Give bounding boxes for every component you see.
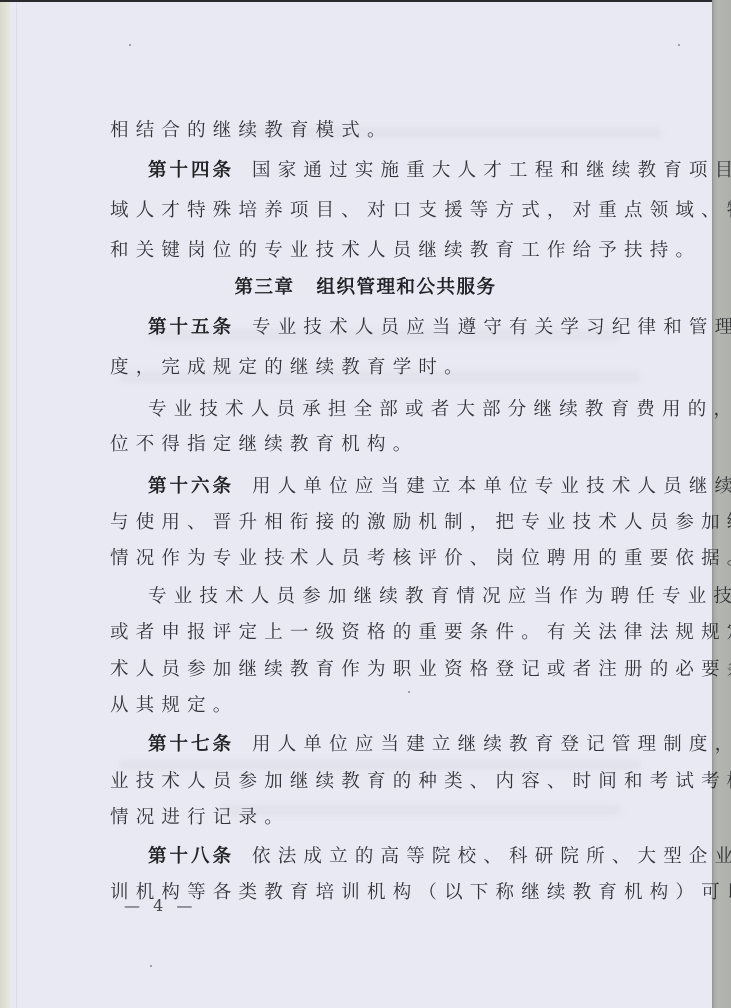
line-text: 训机构等各类教育培训机构（以下称继续教育机构）可以面向专 [110, 882, 731, 903]
line-text: 专业技术人员承担全部或者大部分继续教育费用的，用人单 [148, 399, 731, 420]
line-text: 专业技术人员应当遵守有关学习纪律和管理制 [252, 317, 731, 338]
scan-left-edge [0, 2, 12, 1008]
article-number: 第十五条 [148, 317, 234, 338]
line-text: 业技术人员参加继续教育的种类、内容、时间和考试考核结果等 [110, 771, 731, 792]
line-text: 度，完成规定的继续教育学时。 [110, 357, 470, 378]
line-text: 国家通过实施重大人才工程和继续教育项目、区 [252, 160, 731, 181]
article-14-start: 第十四条国家通过实施重大人才工程和继续教育项目、区 [110, 151, 640, 191]
chapter-title: 组织管理和公共服务 [317, 277, 497, 298]
text-line: 位不得指定继续教育机构。 [110, 425, 640, 465]
chapter-heading: 第三章组织管理和公共服务 [0, 268, 731, 308]
line-text: 术人员参加继续教育作为职业资格登记或者注册的必要条件的， [110, 659, 731, 680]
article-number: 第十七条 [148, 734, 234, 755]
line-text: 域人才特殊培养项目、对口支援等方式，对重点领域、特殊区域 [110, 200, 731, 221]
text-line: 从其规定。 [110, 686, 640, 726]
text-line: 情况进行记录。 [110, 798, 640, 838]
text-line: 或者申报评定上一级资格的重要条件。有关法律法规规定专业技 [110, 613, 640, 653]
line-text: 情况进行记录。 [110, 807, 290, 828]
text-line: 度，完成规定的继续教育学时。 [110, 348, 640, 388]
article-17-start: 第十七条用人单位应当建立继续教育登记管理制度，对专 [110, 725, 640, 765]
line-text: 情况作为专业技术人员考核评价、岗位聘用的重要依据。 [110, 548, 731, 569]
page-number: — 4 — [124, 896, 196, 915]
line-text: 依法成立的高等院校、科研院所、大型企业的培 [252, 846, 731, 867]
article-number: 第十六条 [148, 476, 234, 497]
line-text: 位不得指定继续教育机构。 [110, 434, 418, 455]
scan-speck [150, 965, 152, 967]
text-line: 和关键岗位的专业技术人员继续教育工作给予扶持。 [110, 231, 640, 271]
page-fold-line [16, 2, 17, 1008]
article-15-start: 第十五条专业技术人员应当遵守有关学习纪律和管理制 [110, 308, 640, 348]
text-line: 相结合的继续教育模式。 [110, 111, 640, 151]
line-text: 用人单位应当建立本单位专业技术人员继续教育 [252, 476, 731, 497]
paragraph-start: 专业技术人员参加继续教育情况应当作为聘任专业技术职务 [110, 577, 640, 617]
paragraph-start: 专业技术人员承担全部或者大部分继续教育费用的，用人单 [110, 390, 640, 430]
article-number: 第十八条 [148, 846, 234, 867]
article-number: 第十四条 [148, 160, 234, 181]
line-text: 从其规定。 [110, 695, 239, 716]
line-text: 和关键岗位的专业技术人员继续教育工作给予扶持。 [110, 240, 701, 261]
chapter-number: 第三章 [234, 277, 294, 298]
text-line: 业技术人员参加继续教育的种类、内容、时间和考试考核结果等 [110, 762, 640, 802]
article-18-start: 第十八条依法成立的高等院校、科研院所、大型企业的培 [110, 837, 640, 877]
text-line: 术人员参加继续教育作为职业资格登记或者注册的必要条件的， [110, 650, 640, 690]
line-text: 与使用、晋升相衔接的激励机制，把专业技术人员参加继续教育 [110, 512, 731, 533]
article-16-start: 第十六条用人单位应当建立本单位专业技术人员继续教育 [110, 467, 640, 507]
text-line: 与使用、晋升相衔接的激励机制，把专业技术人员参加继续教育 [110, 503, 640, 543]
line-text: 或者申报评定上一级资格的重要条件。有关法律法规规定专业技 [110, 622, 731, 643]
scan-speck [678, 44, 680, 46]
scan-speck [129, 44, 131, 46]
text-line: 域人才特殊培养项目、对口支援等方式，对重点领域、特殊区域 [110, 191, 640, 231]
line-text: 相结合的继续教育模式。 [110, 120, 393, 141]
text-line: 情况作为专业技术人员考核评价、岗位聘用的重要依据。 [110, 539, 640, 579]
line-text: 用人单位应当建立继续教育登记管理制度，对专 [252, 734, 731, 755]
line-text: 专业技术人员参加继续教育情况应当作为聘任专业技术职务 [148, 586, 731, 607]
